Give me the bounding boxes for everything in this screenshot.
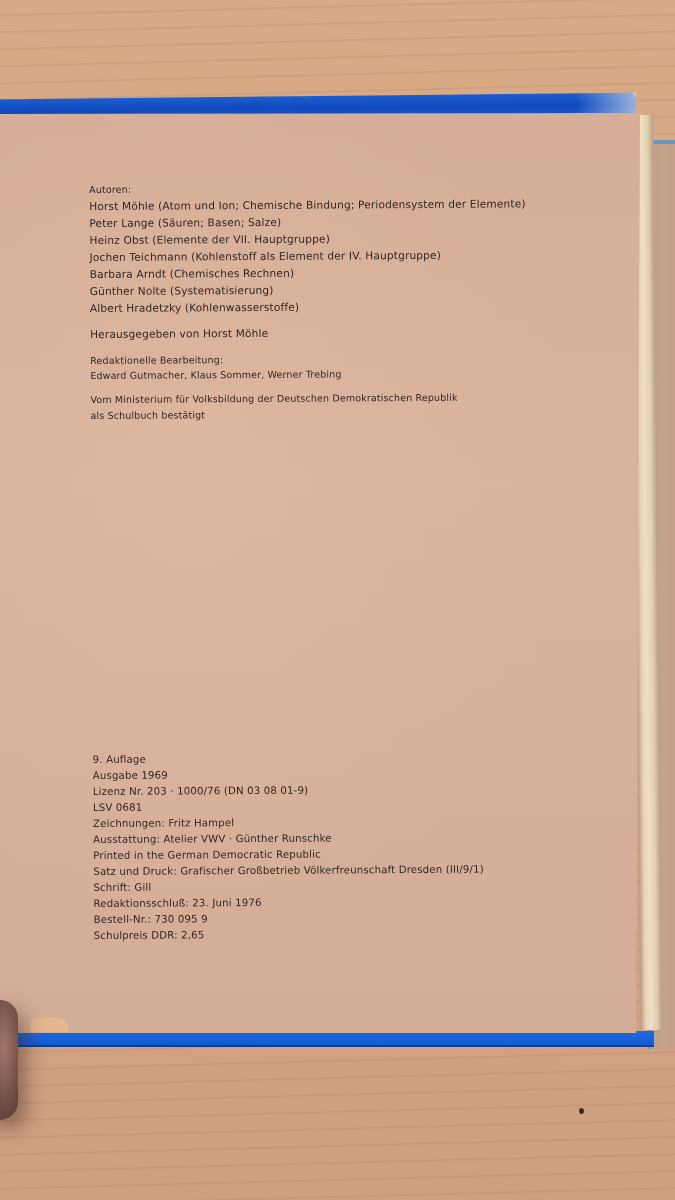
imprint-line: LSV 0681	[93, 803, 143, 814]
imprint-line: Lizenz Nr. 203 · 1000/76 (DN 03 08 01-9)	[93, 786, 308, 798]
author-line: Jochen Teichmann (Kohlenstoff als Elemen…	[90, 250, 441, 264]
imprint-line: Schulpreis DDR: 2,65	[94, 930, 205, 942]
editorial-names: Edward Gutmacher, Klaus Sommer, Werner T…	[90, 369, 341, 382]
authors-heading: Autoren:	[89, 185, 131, 196]
thumb-holding-book	[0, 1000, 18, 1120]
author-line: Albert Hradetzky (Kohlenwasserstoffe)	[90, 302, 299, 315]
imprint-line: Ausgabe 1969	[93, 771, 168, 782]
author-line: Günther Nolte (Systematisierung)	[90, 285, 274, 298]
approval-line-1: Vom Ministerium für Volksbildung der Deu…	[90, 393, 457, 406]
imprint-line: Ausstattung: Atelier VWV · Günther Runsc…	[93, 834, 332, 846]
imprint-line: Schrift: Gill	[93, 883, 151, 894]
approval-line-2: als Schulbuch bestätigt	[91, 410, 206, 422]
author-line: Heinz Obst (Elemente der VII. Hauptgrupp…	[89, 234, 330, 247]
imprint-line: Bestell-Nr.: 730 095 9	[94, 914, 208, 926]
editor-line: Herausgegeben von Horst Möhle	[90, 328, 268, 341]
imprint-line: Zeichnungen: Fritz Hampel	[93, 818, 234, 830]
paper-stain	[30, 1018, 68, 1032]
author-line: Peter Lange (Säuren; Basen; Salze)	[89, 217, 281, 230]
imprint-line: Printed in the German Democratic Republi…	[93, 850, 321, 862]
author-line: Barbara Arndt (Chemisches Rechnen)	[90, 268, 295, 281]
editorial-heading: Redaktionelle Bearbeitung:	[90, 355, 223, 367]
imprint-line: Redaktionsschluß: 23. Juni 1976	[93, 898, 261, 910]
wood-knot	[579, 1108, 584, 1114]
blue-cover-bottom-edge	[14, 1031, 654, 1047]
imprint-line: 9. Auflage	[93, 755, 146, 766]
